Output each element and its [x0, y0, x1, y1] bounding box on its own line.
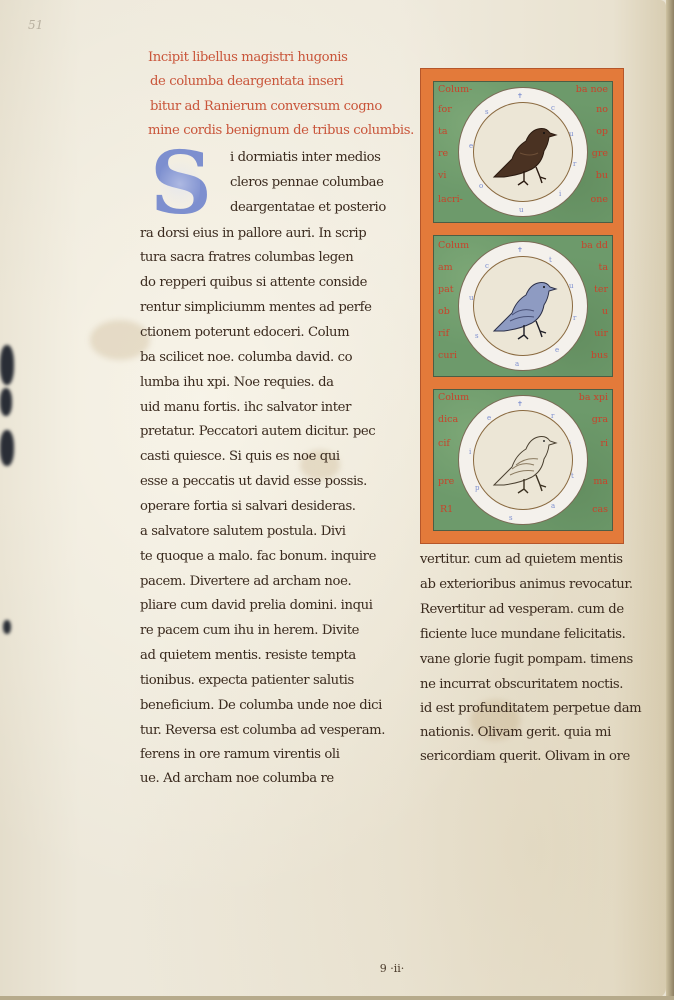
- text-line: i dormiatis inter medios: [230, 150, 381, 165]
- quire-mark: 9 ·ii·: [372, 962, 412, 975]
- text-line: uid manu fortis. ihc salvator inter: [140, 400, 351, 415]
- rubric-line: de columba deargentata inseri: [150, 74, 343, 89]
- pencil-folio-number: 51: [28, 18, 43, 32]
- page-bottom-edge: [0, 996, 674, 1000]
- text-line: operare fortia si salvari desideras.: [140, 499, 356, 514]
- text-line: ba scilicet noe. columba david. co: [140, 350, 352, 365]
- text-line: re pacem cum ihu in herem. Divite: [140, 623, 359, 638]
- manuscript-page: 51 Incipit libellus magistri hugonis de …: [0, 0, 666, 998]
- text-line: id est profunditatem perpetue dam: [420, 701, 641, 716]
- text-line: do repperi quibus si attente conside: [140, 275, 367, 290]
- text-line: Revertitur ad vesperam. cum de: [420, 602, 624, 617]
- text-line: ne incurrat obscuritatem noctis.: [420, 677, 623, 692]
- margin-ink-blot: [0, 430, 14, 466]
- text-line: tionibus. expecta patienter salutis: [140, 673, 354, 688]
- margin-ink-blot: [0, 388, 12, 416]
- text-line: cleros pennae columbae: [230, 175, 384, 190]
- text-line: ferens in ore ramum virentis oli: [140, 747, 340, 762]
- right-text-column: vertitur. cum ad quietem mentis ab exter…: [420, 0, 640, 1000]
- text-line: ab exterioribus animus revocatur.: [420, 577, 633, 592]
- text-line: deargentatae et posterio: [230, 200, 386, 215]
- text-line: tur. Reversa est columba ad vesperam.: [140, 723, 385, 738]
- text-line: pliare cum david prelia domini. inqui: [140, 598, 373, 613]
- text-line: ue. Ad archam noe columba re: [140, 771, 334, 786]
- text-line: rentur simpliciumm mentes ad perfe: [140, 300, 372, 315]
- margin-ink-blot: [3, 620, 11, 634]
- text-line: nationis. Olivam gerit. quia mi: [420, 725, 611, 740]
- text-line: pretatur. Peccatori autem dicitur. pec: [140, 424, 375, 439]
- text-line: sericordiam querit. Olivam in ore: [420, 749, 630, 764]
- text-line: casti quiesce. Si quis es noe qui: [140, 449, 340, 464]
- text-line: a salvatore salutem postula. Divi: [140, 524, 346, 539]
- rubric-line: Incipit libellus magistri hugonis: [148, 50, 347, 65]
- decorated-initial-s: S: [150, 143, 210, 225]
- text-line: pacem. Divertere ad archam noe.: [140, 574, 351, 589]
- page-edge: [666, 0, 674, 1000]
- rubric-line: bitur ad Ranierum conversum cogno: [150, 99, 382, 114]
- text-line: tura sacra fratres columbas legen: [140, 250, 353, 265]
- text-line: beneficium. De columba unde noe dici: [140, 698, 382, 713]
- text-line: ficiente luce mundane felicitatis.: [420, 627, 625, 642]
- text-line: ad quietem mentis. resiste tempta: [140, 648, 356, 663]
- text-line: ctionem poterunt edoceri. Colum: [140, 325, 349, 340]
- text-line: vane glorie fugit pompam. timens: [420, 652, 633, 667]
- text-line: lumba ihu xpi. Noe requies. da: [140, 375, 334, 390]
- text-line: te quoque a malo. fac bonum. inquire: [140, 549, 376, 564]
- text-line: vertitur. cum ad quietem mentis: [420, 552, 623, 567]
- text-line: esse a peccatis ut david esse possis.: [140, 474, 367, 489]
- margin-ink-blot: [0, 345, 14, 385]
